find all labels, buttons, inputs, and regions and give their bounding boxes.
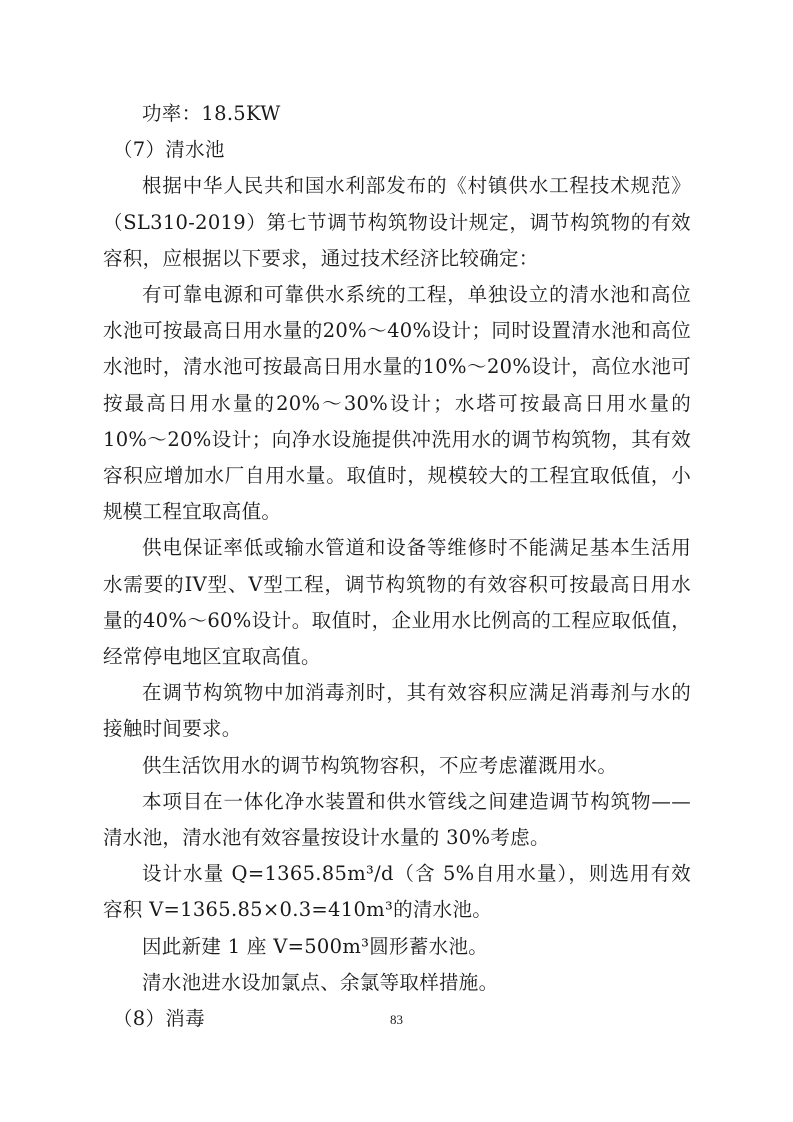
paragraph-reliable-power-requirement: 有可靠电源和可靠供水系统的工程，单独设立的清水池和高位水池可按最高日用水量的20… (103, 277, 691, 530)
paragraph-regulation-reference: 根据中华人民共和国水利部发布的《村镇供水工程技术规范》（SL310-2019）第… (103, 168, 691, 277)
power-spec: 功率：18.5KW (103, 96, 691, 132)
paragraph-chlorine-sampling: 清水池进水设加氯点、余氯等取样措施。 (103, 965, 691, 1001)
paragraph-low-power-requirement: 供电保证率低或输水管道和设备等维修时不能满足基本生活用水需要的IV型、V型工程，… (103, 530, 691, 675)
document-body: 功率：18.5KW （7）清水池 根据中华人民共和国水利部发布的《村镇供水工程技… (103, 96, 691, 1037)
page-number: 83 (0, 1012, 793, 1028)
paragraph-disinfectant-contact: 在调节构筑物中加消毒剂时，其有效容积应满足消毒剂与水的接触时间要求。 (103, 675, 691, 747)
paragraph-project-design: 本项目在一体化净水装置和供水管线之间建造调节构筑物——清水池，清水池有效容量按设… (103, 784, 691, 856)
section-heading-clear-water-tank: （7）清水池 (103, 132, 691, 168)
paragraph-new-tank: 因此新建 1 座 V=500m³圆形蓄水池。 (103, 929, 691, 965)
paragraph-design-volume: 设计水量 Q=1365.85m³/d（含 5%自用水量），则选用有效容积 V=1… (103, 856, 691, 928)
paragraph-irrigation-exclusion: 供生活饮用水的调节构筑物容积，不应考虑灌溉用水。 (103, 748, 691, 784)
